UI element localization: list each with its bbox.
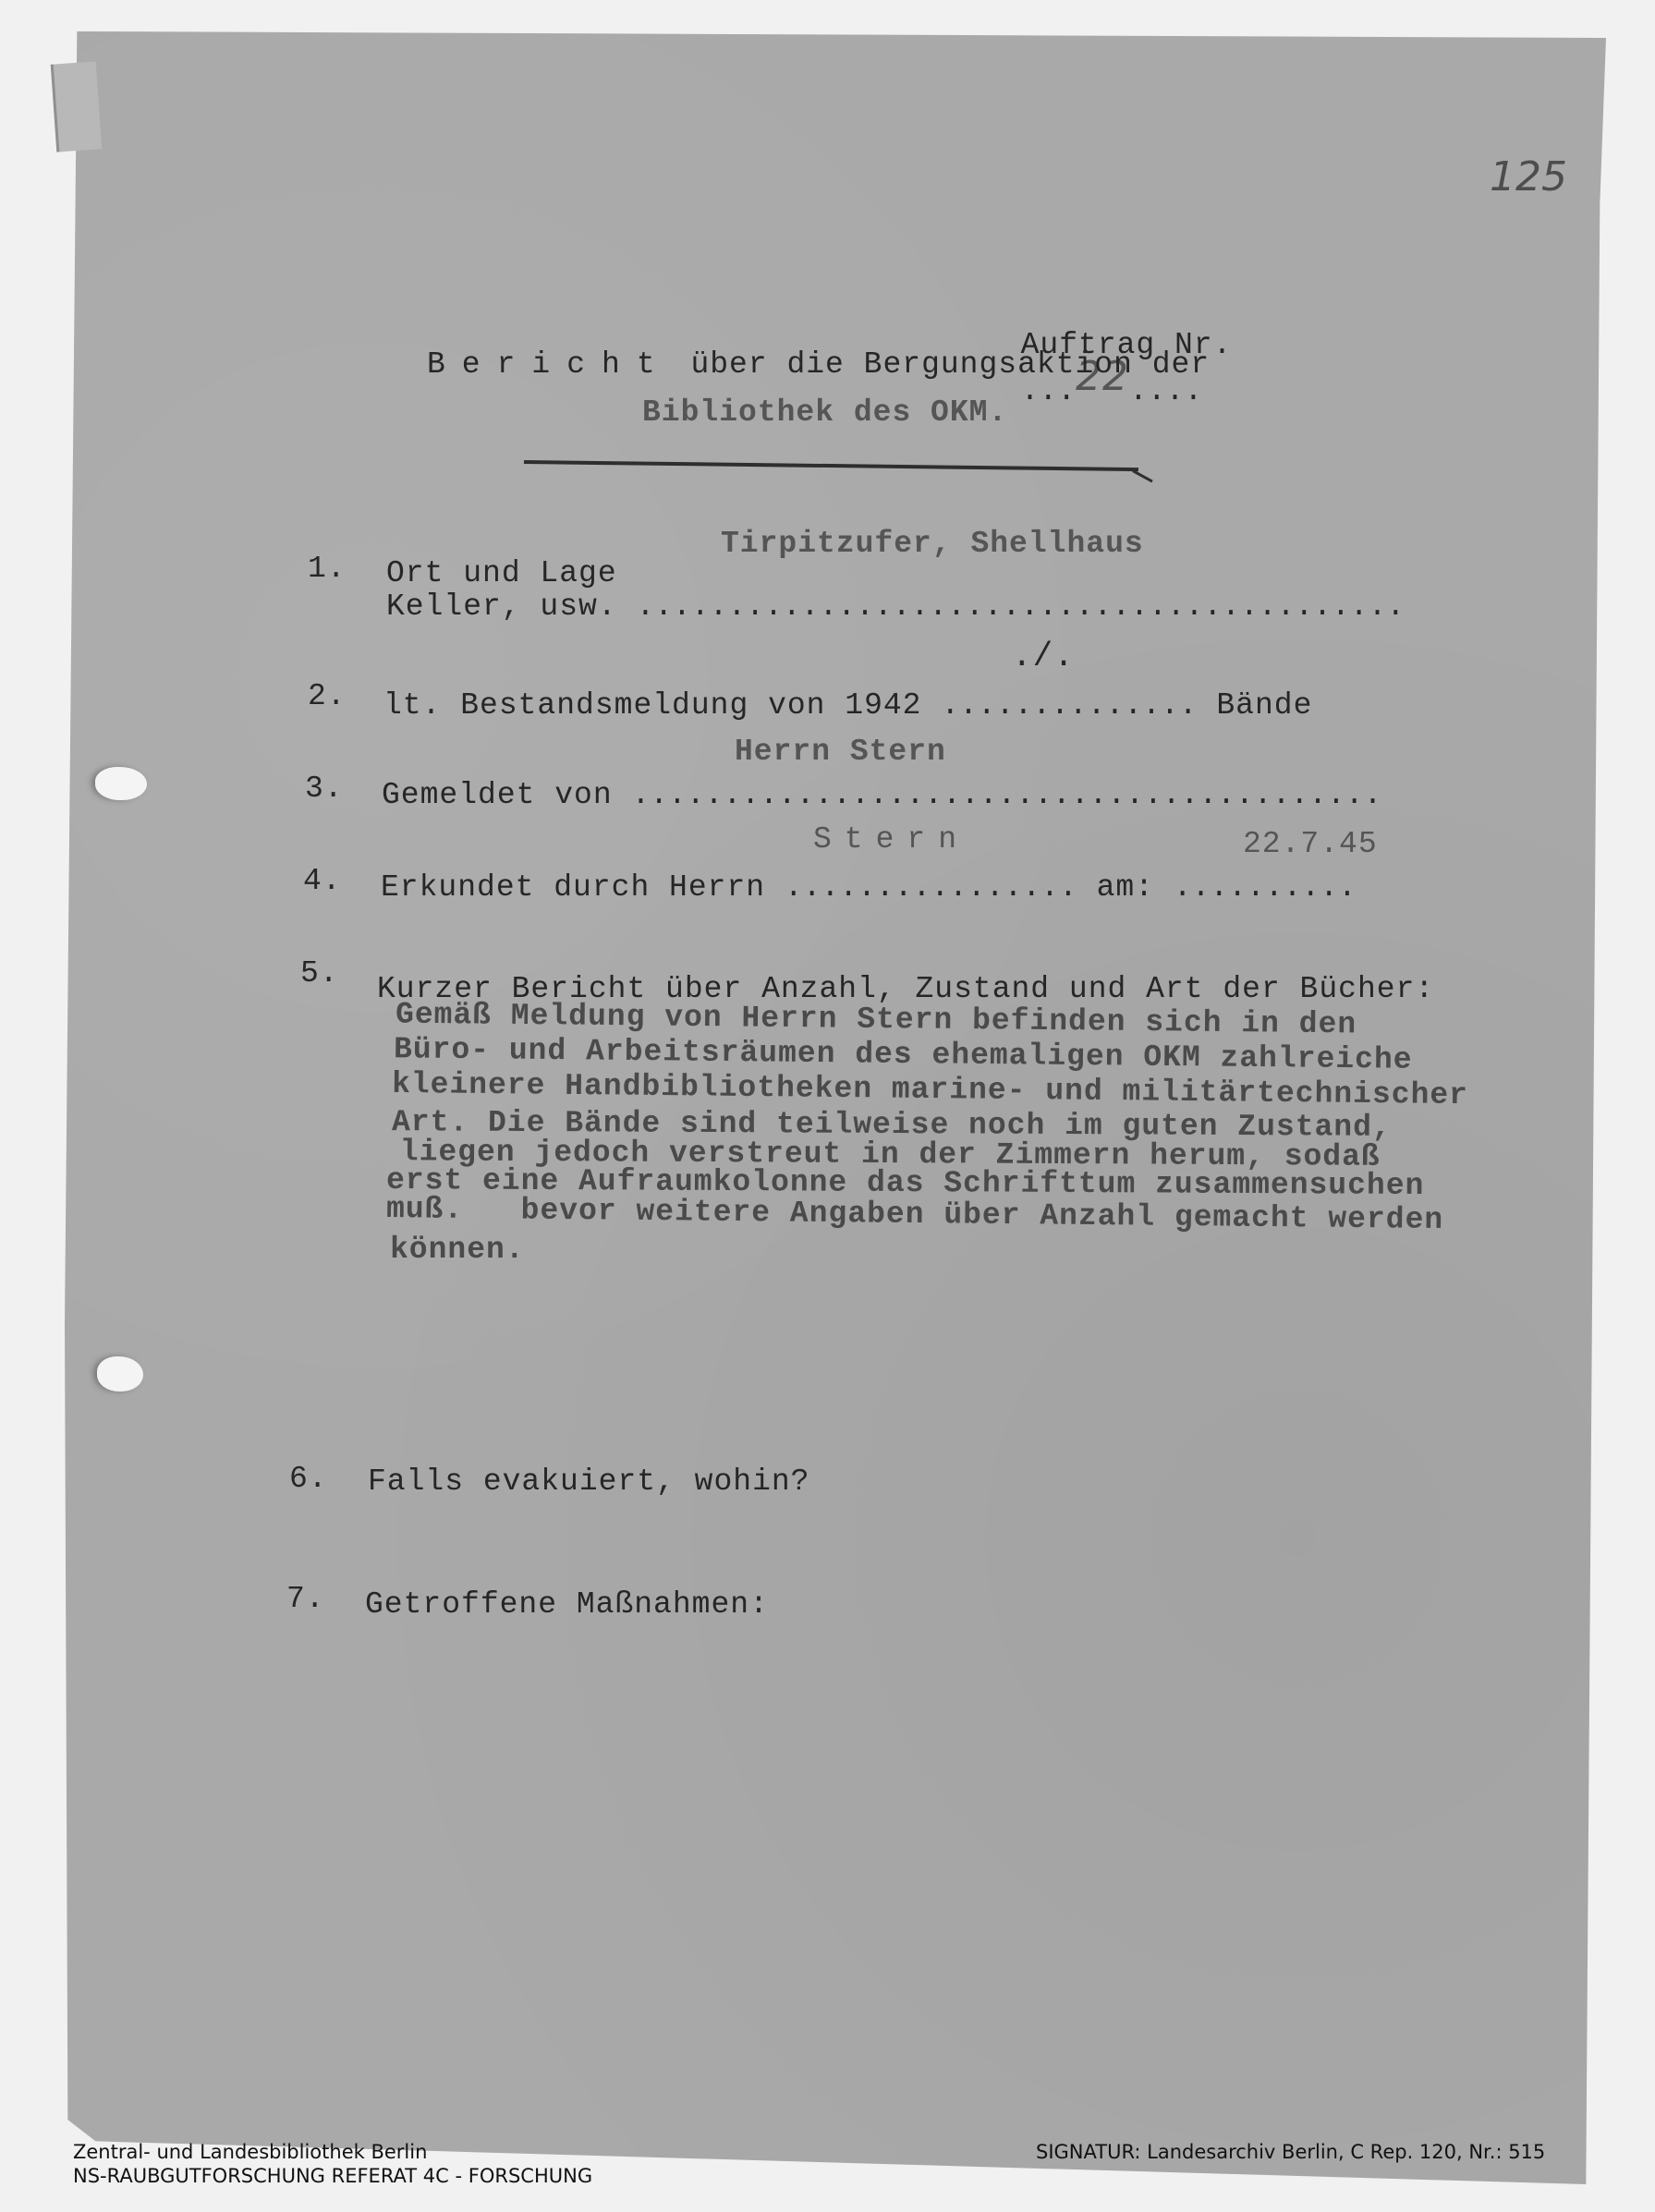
item7-number: 7. <box>286 1582 325 1616</box>
item3-label: Gemeldet von ...........................… <box>382 778 1381 812</box>
item4-typed-value: Stern <box>813 822 969 857</box>
item6-number: 6. <box>289 1462 328 1496</box>
item5-number: 5. <box>300 956 339 991</box>
item4-number: 4. <box>303 864 342 898</box>
item1-typed-value: Tirpitzufer, Shellhaus <box>721 527 1144 561</box>
handwritten-page-number: 125 <box>1490 153 1567 201</box>
footer-signature: SIGNATUR: Landesarchiv Berlin, C Rep. 12… <box>1036 2140 1545 2164</box>
item2-label: lt. Bestandsmeldung von 1942 ...........… <box>383 688 1312 723</box>
item2-typed-value: ./. <box>1012 638 1075 675</box>
report-title-line1: Bericht über die Bergungsaktion der <box>427 347 1210 382</box>
item1-label: Ort und Lage <box>386 556 617 590</box>
punch-hole-bottom <box>97 1356 143 1392</box>
torn-corner <box>51 61 103 152</box>
item6-label: Falls evakuiert, wohin? <box>368 1465 809 1499</box>
punch-hole-top <box>95 767 147 800</box>
item1-label-line2: Keller, usw. ...........................… <box>386 589 1405 624</box>
item4-label: Erkundet durch Herrn ................ am… <box>381 870 1357 905</box>
footer-left: Zentral- und Landesbibliothek BerlinNS-R… <box>73 2140 592 2188</box>
item3-number: 3. <box>305 772 344 806</box>
item3-typed-value: Herrn Stern <box>735 735 946 769</box>
item2-number: 2. <box>308 679 347 713</box>
item4-typed-date: 22.7.45 <box>1243 827 1378 861</box>
report-title-line2: Bibliothek des OKM. <box>642 395 1007 430</box>
item1-number: 1. <box>308 552 347 586</box>
item7-label: Getroffene Maßnahmen: <box>365 1587 769 1622</box>
